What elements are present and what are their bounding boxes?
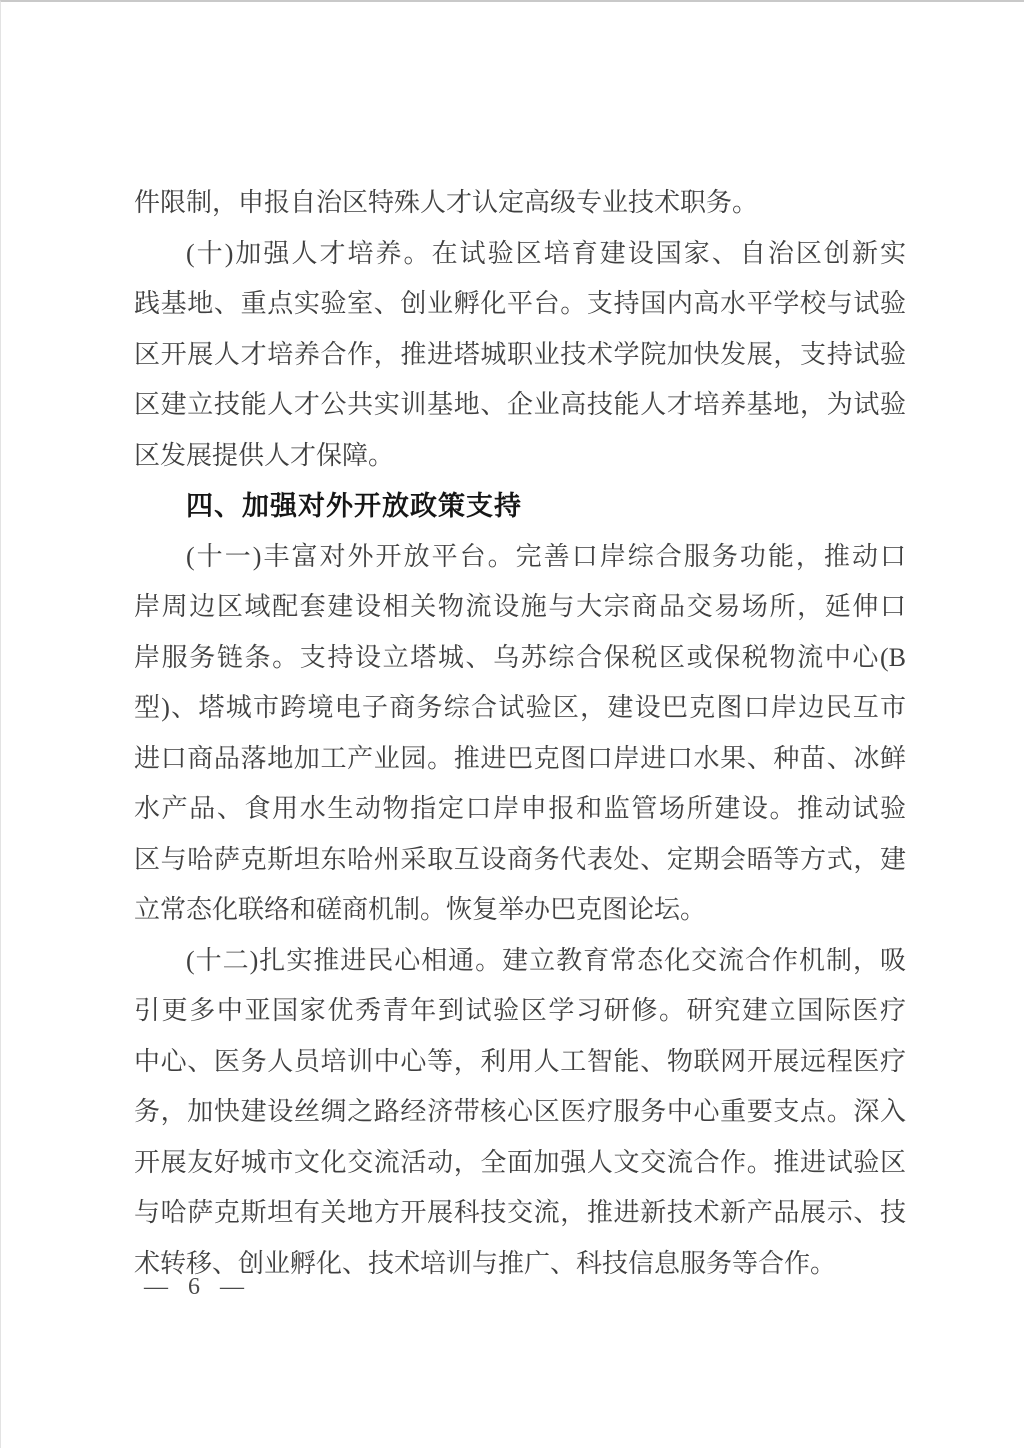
text-line: 务，加快建设丝绸之路经济带核心区医疗服务中心重要支点。深入 [134,1087,906,1138]
text-line: 区建立技能人才公共实训基地、企业高技能人才培养基地，为试验 [134,380,906,431]
text-line: 区发展提供人才保障。 [134,431,906,482]
page-number: — 6 — [144,1272,246,1302]
text-line: 立常态化联络和磋商机制。恢复举办巴克图论坛。 [134,885,906,936]
text-line: 与哈萨克斯坦有关地方开展科技交流，推进新技术新产品展示、技 [134,1188,906,1239]
text-line: 水产品、食用水生动物指定口岸申报和监管场所建设。推动试验 [134,784,906,835]
text-line: 件限制，申报自治区特殊人才认定高级专业技术职务。 [134,178,906,229]
document-page: 件限制，申报自治区特殊人才认定高级专业技术职务。(十)加强人才培养。在试验区培育… [0,0,1024,1448]
text-line: 中心、医务人员培训中心等，利用人工智能、物联网开展远程医疗服 [134,1037,906,1088]
text-line: (十)加强人才培养。在试验区培育建设国家、自治区创新实 [134,229,906,280]
text-line: 践基地、重点实验室、创业孵化平台。支持国内高水平学校与试验 [134,279,906,330]
text-line: (十一)丰富对外开放平台。完善口岸综合服务功能，推动口 [134,532,906,583]
text-line: (十二)扎实推进民心相通。建立教育常态化交流合作机制，吸 [134,936,906,987]
text-line: 开展友好城市文化交流活动，全面加强人文交流合作。推进试验区 [134,1138,906,1189]
text-line: 岸周边区域配套建设相关物流设施与大宗商品交易场所，延伸口 [134,582,906,633]
text-line: 型)、塔城市跨境电子商务综合试验区，建设巴克图口岸边民互市 [134,683,906,734]
text-line: 区开展人才培养合作，推进塔城职业技术学院加快发展，支持试验 [134,330,906,381]
document-body: 件限制，申报自治区特殊人才认定高级专业技术职务。(十)加强人才培养。在试验区培育… [134,178,906,1289]
text-line: 进口商品落地加工产业园。推进巴克图口岸进口水果、种苗、冰鲜 [134,734,906,785]
text-line: 岸服务链条。支持设立塔城、乌苏综合保税区或保税物流中心(B [134,633,906,684]
text-line: 区与哈萨克斯坦东哈州采取互设商务代表处、定期会晤等方式，建 [134,835,906,886]
text-line: 引更多中亚国家优秀青年到试验区学习研修。研究建立国际医疗 [134,986,906,1037]
section-heading: 四、加强对外开放政策支持 [134,481,906,532]
text-line: 术转移、创业孵化、技术培训与推广、科技信息服务等合作。 [134,1239,906,1290]
